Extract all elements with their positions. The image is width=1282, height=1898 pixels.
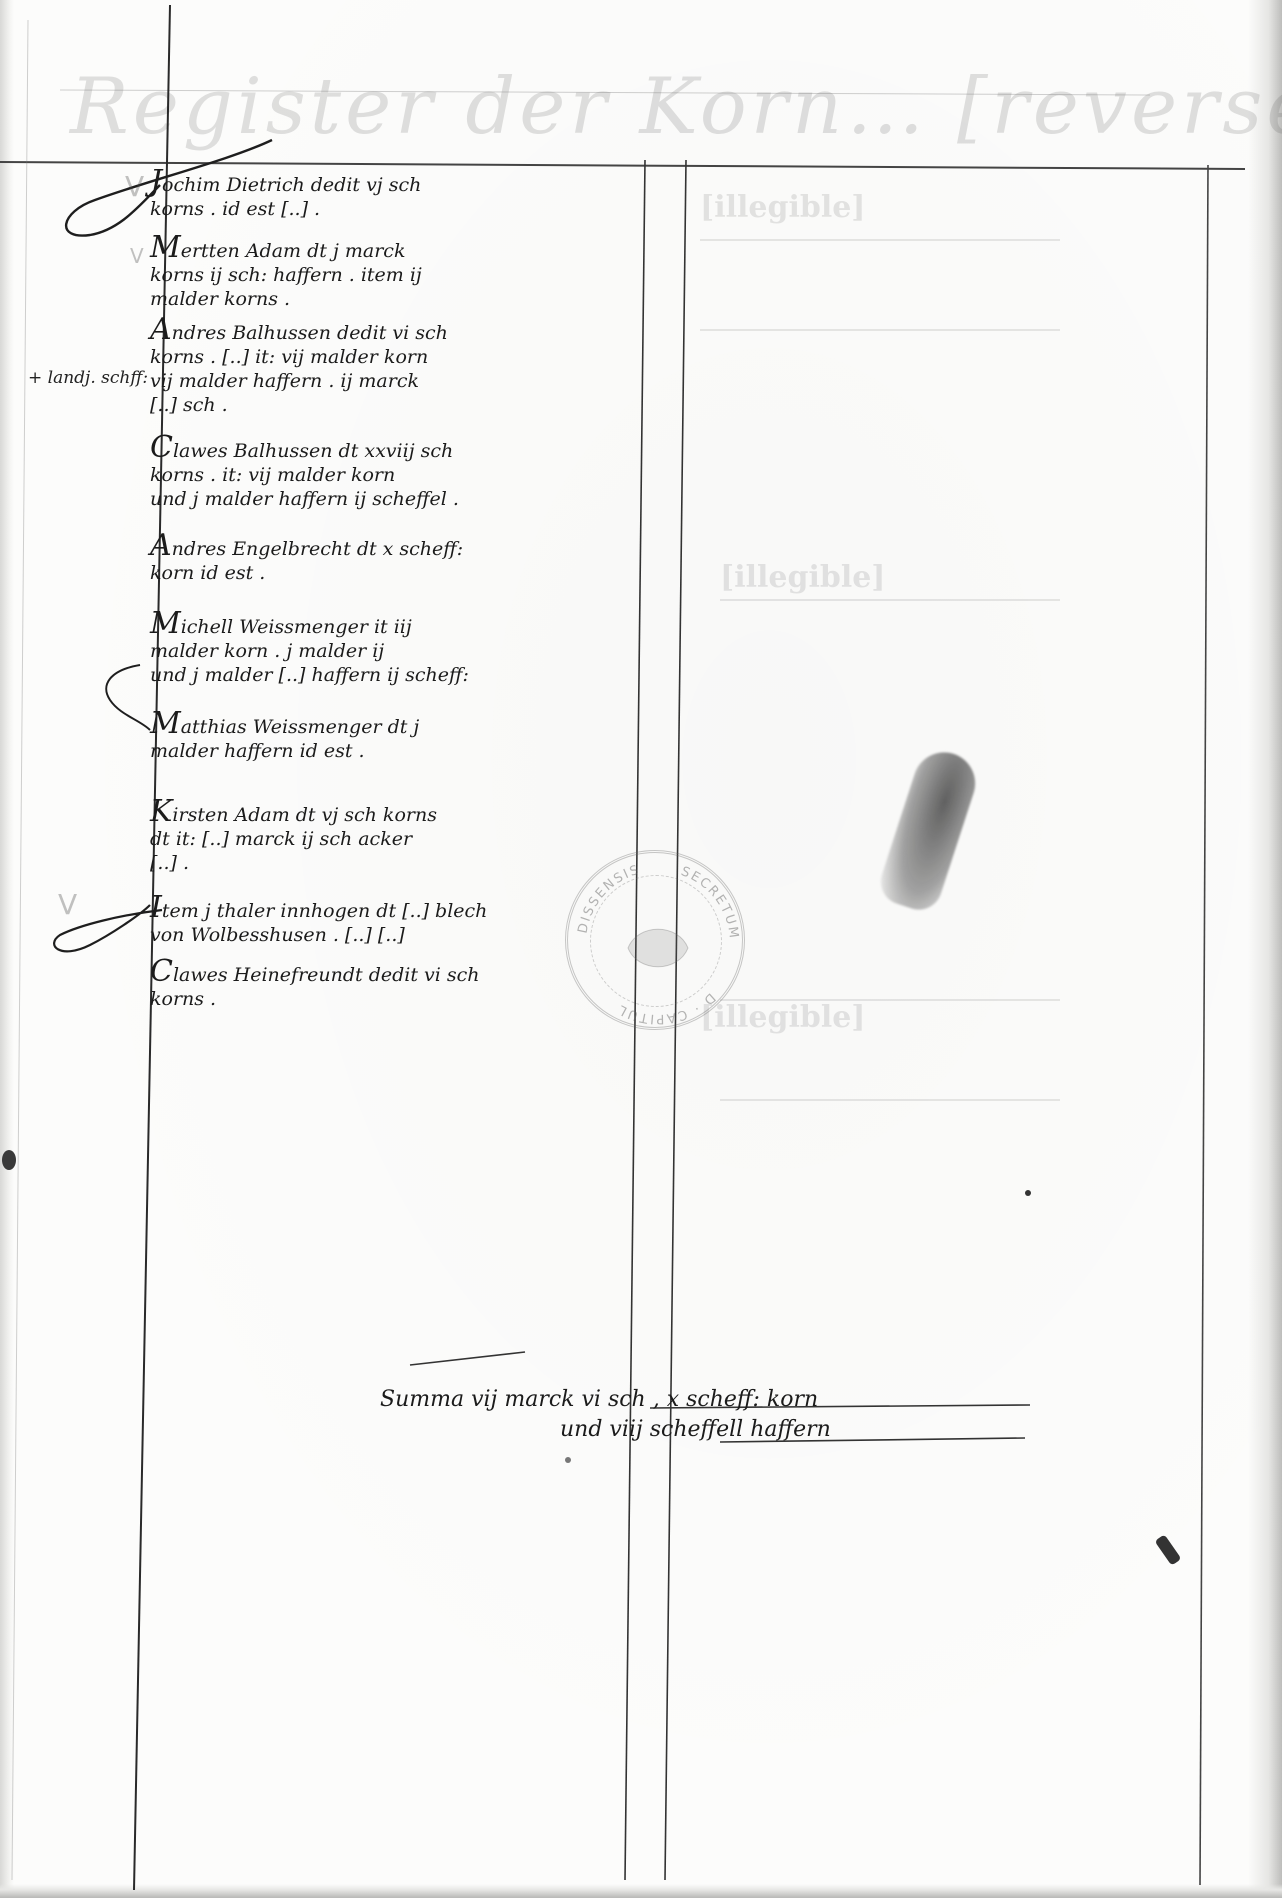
entry-line: Clawes Balhussen dt xxviij sch <box>150 436 630 463</box>
ink-speck <box>565 1457 571 1463</box>
ledger-entry: Michell Weissmenger it iij malder korn .… <box>150 612 630 687</box>
summa-line: Summa vij marck vi sch , x scheff: korn <box>380 1385 831 1415</box>
archive-seal-stamp: DISSENSIS SECRETUM D · CAPITUL <box>565 850 745 1030</box>
ledger-entry: Jochim Dietrich dedit vj sch korns . id … <box>150 170 630 221</box>
entry-line: korns . <box>150 987 630 1011</box>
ledger-entry: Kirsten Adam dt vj sch korns dt it: [..]… <box>150 800 630 875</box>
entry-line: [..] sch . <box>150 393 630 417</box>
ledger-entry: Item j thaler innhogen dt [..] blech von… <box>150 896 630 947</box>
ledger-entry: Clawes Balhussen dt xxviij sch korns . i… <box>150 436 630 511</box>
entry-line: Item j thaler innhogen dt [..] blech <box>150 896 630 923</box>
summa-line: und viij scheffell haffern <box>380 1415 831 1445</box>
entry-line: vij malder haffern . ij marck <box>150 369 630 393</box>
svg-text:SECRETUM: SECRETUM <box>679 864 741 941</box>
entry-line: Clawes Heinefreundt dedit vi sch <box>150 960 630 987</box>
summa-total: Summa vij marck vi sch , x scheff: korn … <box>380 1385 831 1445</box>
entry-line: Andres Engelbrecht dt x scheff: <box>150 534 630 561</box>
checkmark-icon: V <box>125 170 144 203</box>
svg-text:DISSENSIS: DISSENSIS <box>576 862 643 934</box>
checkmark-icon: V <box>130 244 144 268</box>
ledger-entry: Clawes Heinefreundt dedit vi sch korns . <box>150 960 630 1011</box>
ledger-entry: Matthias Weissmenger dt j malder haffern… <box>150 712 630 763</box>
entry-line: korns . id est [..] . <box>150 197 630 221</box>
seal-text-left: DISSENSIS <box>576 862 643 934</box>
entry-line: Jochim Dietrich dedit vj sch <box>150 170 630 197</box>
svg-text:D · CAPITUL: D · CAPITUL <box>615 990 718 1027</box>
entry-line: Matthias Weissmenger dt j <box>150 712 630 739</box>
entry-line: korn id est . <box>150 561 630 585</box>
ledger-entry: Andres Engelbrecht dt x scheff: korn id … <box>150 534 630 585</box>
seal-text-bottom: D · CAPITUL <box>615 990 718 1027</box>
entry-line: malder korn . j malder ij <box>150 639 630 663</box>
entry-line: Mertten Adam dt j marck <box>150 236 630 263</box>
margin-note: + landj. schff: <box>28 368 148 388</box>
entry-line: Andres Balhussen dedit vi sch <box>150 318 630 345</box>
ink-speck <box>2 1150 16 1170</box>
entry-line: korns . it: vij malder korn <box>150 463 630 487</box>
entry-line: malder korns . <box>150 287 630 311</box>
entry-line: und j malder haffern ij scheffel . <box>150 487 630 511</box>
entry-line: malder haffern id est . <box>150 739 630 763</box>
entry-line: von Wolbesshusen . [..] [..] <box>150 923 630 947</box>
entry-line: korns ij sch: haffern . item ij <box>150 263 630 287</box>
ledger-entry: Mertten Adam dt j marck korns ij sch: ha… <box>150 236 630 311</box>
seal-text-right: SECRETUM <box>679 864 741 941</box>
entry-line: Kirsten Adam dt vj sch korns <box>150 800 630 827</box>
manuscript-page: Register der Korn… [reverse side, illegi… <box>0 0 1282 1898</box>
entry-line: dt it: [..] marck ij sch acker <box>150 827 630 851</box>
checkmark-icon: V <box>58 888 77 921</box>
ledger-entry: Andres Balhussen dedit vi sch korns . [.… <box>150 318 630 417</box>
entry-line: [..] . <box>150 851 630 875</box>
entry-line: korns . [..] it: vij malder korn <box>150 345 630 369</box>
entry-line: und j malder [..] haffern ij scheff: <box>150 663 630 687</box>
entry-line: Michell Weissmenger it iij <box>150 612 630 639</box>
ink-speck <box>1025 1190 1031 1196</box>
